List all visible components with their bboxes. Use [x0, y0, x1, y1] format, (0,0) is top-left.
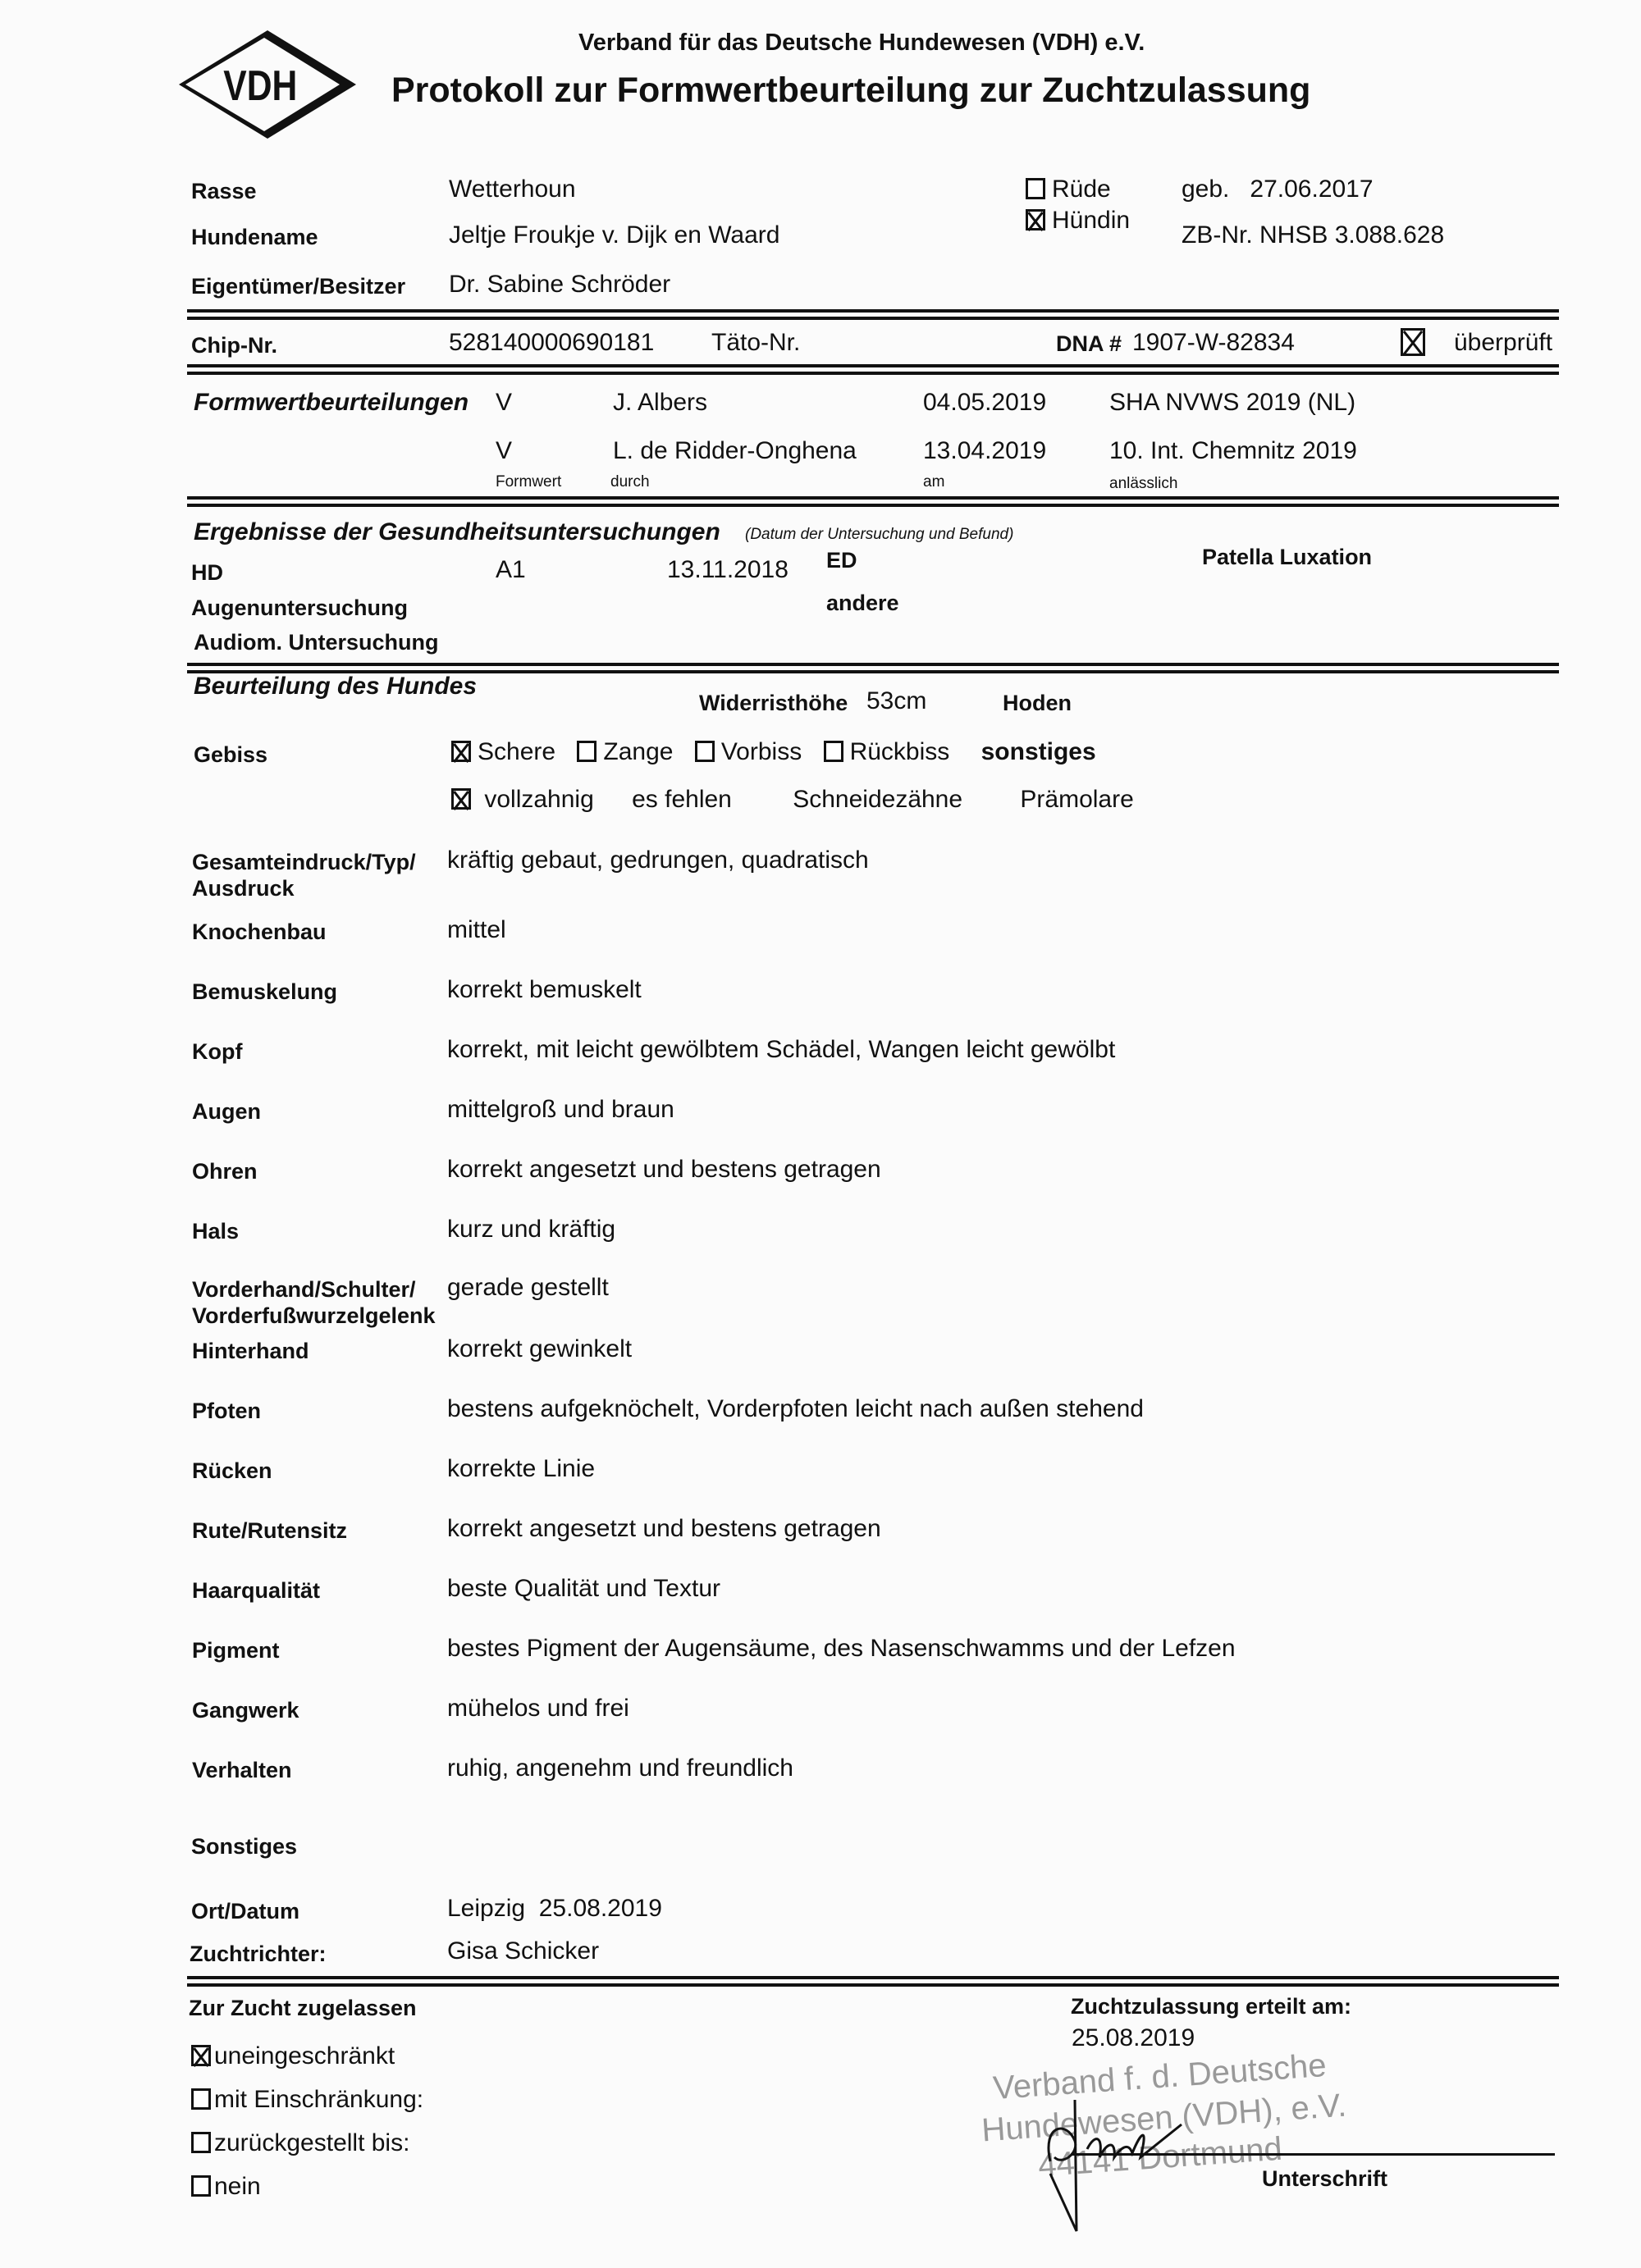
ruede-checkbox[interactable] [1026, 178, 1045, 199]
zuchtrichter-label: Zuchtrichter: [190, 1942, 327, 1967]
formwert-row-1-event: SHA NVWS 2019 (NL) [1109, 389, 1355, 417]
andere-label: andere [826, 591, 899, 616]
bite-option-rueckbiss[interactable]: Rückbiss [824, 738, 950, 765]
formwert-row-2-date: 13.04.2019 [923, 437, 1046, 465]
hd-label: HD [191, 560, 223, 586]
caption-anlaesslich: anlässlich [1109, 475, 1177, 493]
trait-label: Gesamteindruck/Typ/ [192, 850, 416, 875]
chip-label: Chip-Nr. [191, 333, 277, 358]
bite-option-schere[interactable]: Schere [451, 738, 555, 765]
trait-value: korrekt gewinkelt [447, 1335, 632, 1363]
divider [187, 496, 1559, 508]
ueberprueft-checkbox[interactable] [1401, 328, 1425, 356]
formwert-row-2-event: 10. Int. Chemnitz 2019 [1109, 437, 1357, 465]
formwert-row-2-grade: V [496, 437, 512, 465]
huendin-label: Hündin [1052, 207, 1130, 234]
schere-checkbox[interactable] [451, 741, 471, 762]
signature-line [1071, 2153, 1555, 2156]
rasse-label: Rasse [191, 179, 257, 204]
trait-value: korrekt, mit leicht gewölbtem Schädel, W… [447, 1036, 1115, 1064]
eigentuemer-label: Eigentümer/Besitzer [191, 274, 405, 299]
bite-option-vorbiss[interactable]: Vorbiss [695, 738, 802, 765]
ueberprueft-label: überprüft [1454, 329, 1552, 357]
sex-option-ruede[interactable]: Rüde [1026, 176, 1111, 203]
trait-label: Kopf [192, 1039, 242, 1065]
hundename-value: Jeltje Froukje v. Dijk en Waard [449, 221, 779, 249]
sonstiges-bite-label: sonstiges [981, 738, 1096, 765]
trait-label: Gangwerk [192, 1698, 299, 1723]
vdh-diamond-icon: VDH [176, 28, 359, 141]
trait-value: bestes Pigment der Augensäume, des Nasen… [447, 1635, 1236, 1663]
logo-text: VDH [223, 62, 297, 110]
vorbiss-label: Vorbiss [721, 738, 802, 765]
ort-value: Leipzig [447, 1895, 525, 1922]
trait-label-continued: Vorderfußwurzelgelenk [192, 1303, 436, 1329]
hd-result: A1 [496, 556, 526, 584]
schneidezaehne-label: Schneidezähne [793, 786, 962, 813]
document-title: Protokoll zur Formwertbeurteilung zur Zu… [391, 71, 1310, 111]
zb-label: ZB-Nr. [1182, 221, 1253, 249]
trait-value: kurz und kräftig [447, 1216, 615, 1244]
vdh-logo: VDH [176, 28, 359, 141]
hoden-label: Hoden [1003, 691, 1072, 716]
approval-checkbox[interactable] [191, 2045, 211, 2066]
bite-option-zange[interactable]: Zange [577, 738, 673, 765]
approval-option-label: uneingeschränkt [214, 2042, 395, 2069]
chip-value: 528140000690181 [449, 329, 654, 357]
trait-label: Rute/Rutensitz [192, 1518, 347, 1544]
signature-icon [1017, 2075, 1264, 2256]
vollzahnig-option[interactable]: vollzahnig [451, 786, 594, 813]
vollzahnig-label: vollzahnig [484, 786, 593, 813]
trait-label: Augen [192, 1099, 261, 1125]
approval-option[interactable]: zurückgestellt bis: [191, 2129, 409, 2157]
huendin-checkbox[interactable] [1026, 209, 1045, 230]
formwert-row-1-grade: V [496, 389, 512, 417]
approval-option[interactable]: mit Einschränkung: [191, 2086, 423, 2114]
trait-label: Vorderhand/Schulter/ [192, 1277, 416, 1303]
formwert-row-1-date: 04.05.2019 [923, 389, 1046, 417]
signature-label: Unterschrift [1262, 2166, 1387, 2192]
rasse-value: Wetterhoun [449, 176, 576, 203]
schere-label: Schere [478, 738, 555, 765]
formwert-section-title: Formwertbeurteilungen [194, 389, 469, 417]
sonstiges-label: Sonstiges [191, 1834, 297, 1860]
vollzahnig-checkbox[interactable] [451, 788, 471, 810]
trait-label-continued: Ausdruck [192, 876, 295, 901]
eigentuemer-value: Dr. Sabine Schröder [449, 271, 670, 299]
hundename-label: Hundename [191, 225, 318, 250]
trait-value: korrekt bemuskelt [447, 976, 642, 1004]
widerrist-value: 53cm [866, 687, 926, 715]
approval-checkbox[interactable] [191, 2088, 211, 2110]
trait-label: Rücken [192, 1458, 272, 1484]
es-fehlen-label: es fehlen [632, 786, 732, 813]
praemolare-label: Prämolare [1020, 786, 1133, 813]
dna-value: 1907-W-82834 [1132, 329, 1295, 357]
geb-value: 27.06.2017 [1250, 176, 1373, 203]
divider [187, 364, 1559, 376]
teeth-row: vollzahnig es fehlen Schneidezähne Prämo… [451, 786, 1134, 814]
trait-label: Bemuskelung [192, 979, 337, 1005]
gebiss-label: Gebiss [194, 742, 267, 768]
approval-option[interactable]: nein [191, 2173, 261, 2201]
trait-label: Haarqualität [192, 1578, 320, 1604]
ort-datum-value: Leipzig 25.08.2019 [447, 1895, 662, 1923]
trait-label: Knochenbau [192, 920, 327, 945]
formwert-row-1-judge: J. Albers [613, 389, 707, 417]
assessment-section-title: Beurteilung des Hundes [194, 673, 477, 700]
ed-label: ED [826, 548, 857, 573]
approval-option[interactable]: uneingeschränkt [191, 2042, 395, 2070]
approval-option-label: mit Einschränkung: [214, 2086, 423, 2113]
bite-options: Schere Zange Vorbiss Rückbiss sonstiges [451, 738, 1096, 766]
zuchtbuch-nummer: ZB-Nr. NHSB 3.088.628 [1182, 221, 1444, 249]
trait-label: Pfoten [192, 1399, 261, 1424]
augenuntersuchung-label: Augenuntersuchung [191, 596, 408, 621]
ueberprueft-checkbox-wrap[interactable] [1401, 328, 1432, 358]
trait-value: mühelos und frei [447, 1695, 629, 1723]
trait-label: Verhalten [192, 1758, 292, 1783]
trait-label: Ohren [192, 1159, 258, 1184]
trait-label: Hinterhand [192, 1339, 309, 1364]
caption-am: am [923, 473, 944, 491]
ruede-label: Rüde [1052, 176, 1111, 203]
trait-value: mittelgroß und braun [447, 1096, 674, 1124]
approval-title: Zur Zucht zugelassen [189, 1996, 417, 2021]
audiom-label: Audiom. Untersuchung [194, 630, 439, 655]
sex-option-huendin[interactable]: Hündin [1026, 207, 1130, 235]
trait-value: gerade gestellt [447, 1274, 609, 1302]
caption-durch: durch [610, 473, 650, 491]
trait-value: bestens aufgeknöchelt, Vorderpfoten leic… [447, 1395, 1144, 1423]
trait-value: beste Qualität und Textur [447, 1575, 720, 1603]
geb-label: geb. [1182, 176, 1229, 203]
approval-option-label: zurückgestellt bis: [214, 2129, 409, 2156]
divider [187, 1976, 1559, 1987]
formwert-row-2-judge: L. de Ridder-Onghena [613, 437, 857, 465]
trait-value: korrekt angesetzt und bestens getragen [447, 1156, 881, 1184]
rueckbiss-checkbox[interactable] [824, 741, 843, 762]
approval-checkbox[interactable] [191, 2175, 211, 2197]
zb-value: NHSB 3.088.628 [1259, 221, 1444, 249]
trait-value: korrekt angesetzt und bestens getragen [447, 1515, 881, 1543]
trait-value: korrekte Linie [447, 1455, 595, 1483]
health-section-note: (Datum der Untersuchung und Befund) [745, 526, 1013, 544]
caption-formwert: Formwert [496, 473, 561, 491]
taeto-label: Täto-Nr. [711, 329, 800, 357]
patella-label: Patella Luxation [1202, 545, 1372, 570]
approval-option-label: nein [214, 2173, 261, 2200]
hd-date: 13.11.2018 [667, 556, 789, 584]
widerrist-label: Widerristhöhe [699, 691, 848, 716]
trait-label: Pigment [192, 1638, 280, 1663]
vorbiss-checkbox[interactable] [695, 741, 715, 762]
zange-label: Zange [603, 738, 673, 765]
trait-value: kräftig gebaut, gedrungen, quadratisch [447, 847, 869, 874]
ort-datum-label: Ort/Datum [191, 1899, 299, 1924]
zange-checkbox[interactable] [577, 741, 597, 762]
divider [187, 309, 1559, 321]
rueckbiss-label: Rückbiss [850, 738, 950, 765]
dna-label: DNA # [1056, 331, 1122, 357]
trait-value: ruhig, angenehm und freundlich [447, 1755, 793, 1782]
approval-checkbox[interactable] [191, 2132, 211, 2153]
erteilt-label: Zuchtzulassung erteilt am: [1071, 1994, 1351, 2019]
erteilt-value: 25.08.2019 [1072, 2024, 1195, 2052]
datum-value: 25.08.2019 [539, 1895, 662, 1922]
trait-value: mittel [447, 916, 506, 944]
geburtsdatum: geb. 27.06.2017 [1182, 176, 1374, 203]
zuchtrichter-value: Gisa Schicker [447, 1937, 599, 1965]
trait-label: Hals [192, 1219, 239, 1244]
organization-name: Verband für das Deutsche Hundewesen (VDH… [578, 30, 1145, 57]
health-section-title: Ergebnisse der Gesundheitsuntersuchungen [194, 518, 720, 546]
